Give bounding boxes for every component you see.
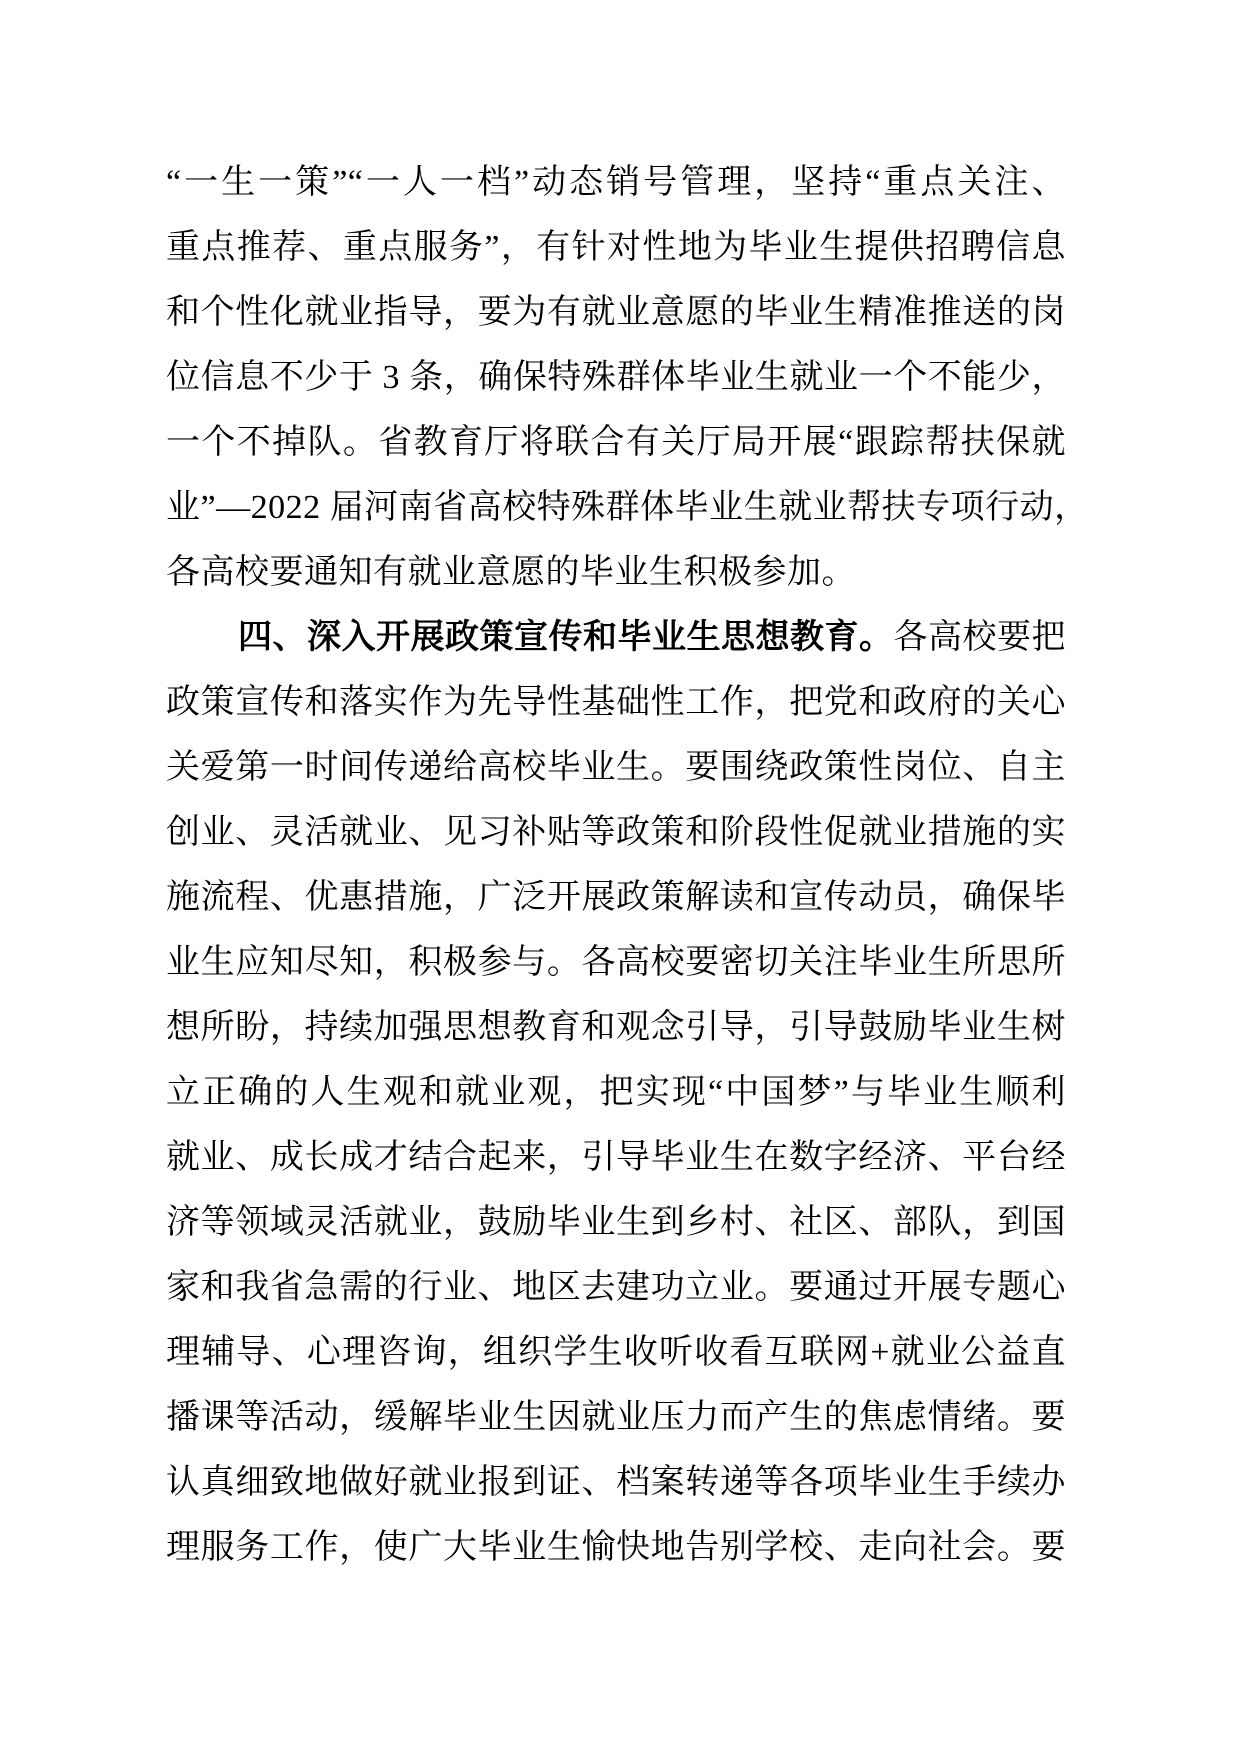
text-line: 政策宣传和落实作为先导性基础性工作，把党和政府的关心	[166, 670, 1066, 735]
text-line: 各高校要通知有就业意愿的毕业生积极参加。	[166, 540, 1066, 605]
text-block: “一生一策”“一人一档”动态销号管理，坚持“重点关注、 重点推荐、重点服务”，有…	[166, 150, 1066, 1580]
text-line: 业”—2022 届河南省高校特殊群体毕业生就业帮扶专项行动，	[166, 475, 1066, 540]
section-heading-line: 四、深入开展政策宣传和毕业生思想教育。各高校要把	[166, 605, 1066, 670]
text-line: 立正确的人生观和就业观，把实现“中国梦”与毕业生顺利	[166, 1060, 1066, 1125]
text-line: 施流程、优惠措施，广泛开展政策解读和宣传动员，确保毕	[166, 865, 1066, 930]
text-line: “一生一策”“一人一档”动态销号管理，坚持“重点关注、	[166, 150, 1066, 215]
text-line: 重点推荐、重点服务”，有针对性地为毕业生提供招聘信息	[166, 215, 1066, 280]
text-line: 创业、灵活就业、见习补贴等政策和阶段性促就业措施的实	[166, 800, 1066, 865]
text-line: 理服务工作，使广大毕业生愉快地告别学校、走向社会。要	[166, 1515, 1066, 1580]
text-line: 想所盼，持续加强思想教育和观念引导，引导鼓励毕业生树	[166, 995, 1066, 1060]
text-line: 和个性化就业指导，要为有就业意愿的毕业生精准推送的岗	[166, 280, 1066, 345]
text-line: 业生应知尽知，积极参与。各高校要密切关注毕业生所思所	[166, 930, 1066, 995]
text-line: 家和我省急需的行业、地区去建功立业。要通过开展专题心	[166, 1255, 1066, 1320]
text-line: 位信息不少于 3 条，确保特殊群体毕业生就业一个不能少，	[166, 345, 1066, 410]
text-line: 就业、成长成才结合起来，引导毕业生在数字经济、平台经	[166, 1125, 1066, 1190]
section-heading: 四、深入开展政策宣传和毕业生思想教育。	[238, 618, 894, 656]
text-line: 认真细致地做好就业报到证、档案转递等各项毕业生手续办	[166, 1450, 1066, 1515]
text-line: 一个不掉队。省教育厅将联合有关厅局开展“跟踪帮扶保就	[166, 410, 1066, 475]
text-line: 理辅导、心理咨询，组织学生收听收看互联网+就业公益直	[166, 1320, 1066, 1385]
text-line: 济等领域灵活就业，鼓励毕业生到乡村、社区、部队，到国	[166, 1190, 1066, 1255]
section-heading-rest: 各高校要把	[894, 619, 1067, 656]
document-page: “一生一策”“一人一档”动态销号管理，坚持“重点关注、 重点推荐、重点服务”，有…	[0, 0, 1241, 1754]
text-line: 播课等活动，缓解毕业生因就业压力而产生的焦虑情绪。要	[166, 1385, 1066, 1450]
text-line: 关爱第一时间传递给高校毕业生。要围绕政策性岗位、自主	[166, 735, 1066, 800]
